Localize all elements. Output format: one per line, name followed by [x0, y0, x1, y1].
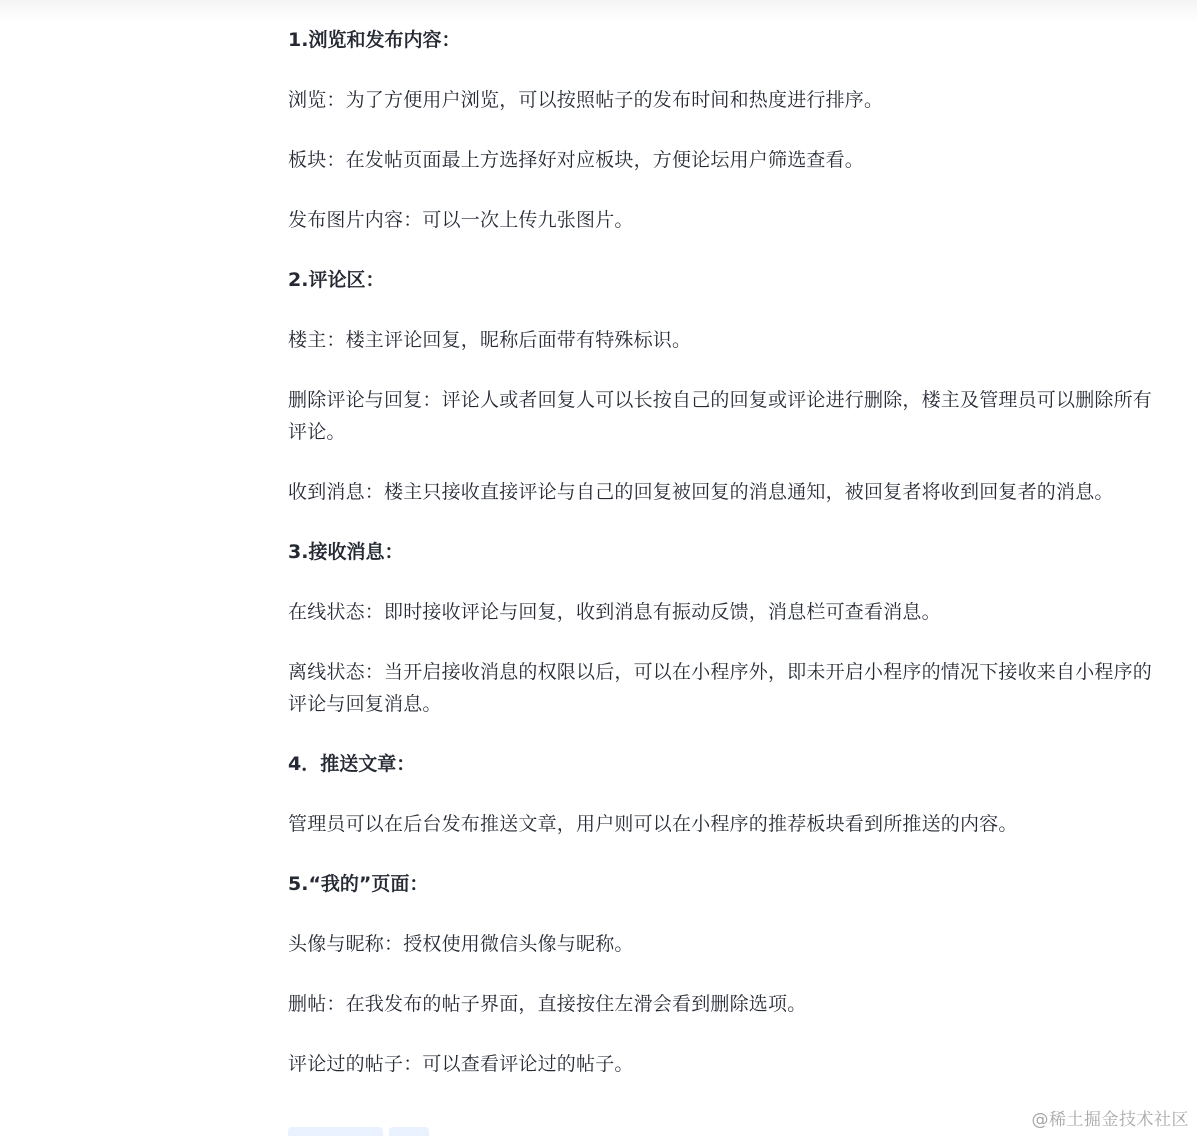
- paragraph: 删除评论与回复：评论人或者回复人可以长按自己的回复或评论进行删除，楼主及管理员可…: [288, 384, 1158, 448]
- paragraph: 头像与昵称：授权使用微信头像与昵称。: [288, 928, 1158, 960]
- article-body: 1.浏览和发布内容： 浏览：为了方便用户浏览，可以按照帖子的发布时间和热度进行排…: [288, 24, 1158, 1108]
- paragraph: 评论过的帖子：可以查看评论过的帖子。: [288, 1048, 1158, 1080]
- top-fade: [0, 0, 1197, 22]
- paragraph: 楼主：楼主评论回复，昵称后面带有特殊标识。: [288, 324, 1158, 356]
- section-heading: 1.浏览和发布内容：: [288, 24, 1158, 56]
- paragraph: 删帖：在我发布的帖子界面，直接按住左滑会看到删除选项。: [288, 988, 1158, 1020]
- section-heading: 2.评论区：: [288, 264, 1158, 296]
- tag-chip[interactable]: [288, 1127, 383, 1136]
- tag-chip[interactable]: [389, 1127, 429, 1136]
- paragraph: 板块：在发帖页面最上方选择好对应板块，方便论坛用户筛选查看。: [288, 144, 1158, 176]
- section-heading: 5.“我的”页面：: [288, 868, 1158, 900]
- paragraph: 收到消息：楼主只接收直接评论与自己的回复被回复的消息通知，被回复者将收到回复者的…: [288, 476, 1158, 508]
- paragraph: 管理员可以在后台发布推送文章，用户则可以在小程序的推荐板块看到所推送的内容。: [288, 808, 1158, 840]
- watermark: @稀土掘金技术社区: [1032, 1105, 1190, 1130]
- section-heading: 3.接收消息：: [288, 536, 1158, 568]
- section-heading: 4．推送文章：: [288, 748, 1158, 780]
- paragraph: 在线状态：即时接收评论与回复，收到消息有振动反馈，消息栏可查看消息。: [288, 596, 1158, 628]
- tag-list: [288, 1127, 429, 1136]
- paragraph: 离线状态：当开启接收消息的权限以后，可以在小程序外，即未开启小程序的情况下接收来…: [288, 656, 1158, 720]
- paragraph: 浏览：为了方便用户浏览，可以按照帖子的发布时间和热度进行排序。: [288, 84, 1158, 116]
- paragraph: 发布图片内容：可以一次上传九张图片。: [288, 204, 1158, 236]
